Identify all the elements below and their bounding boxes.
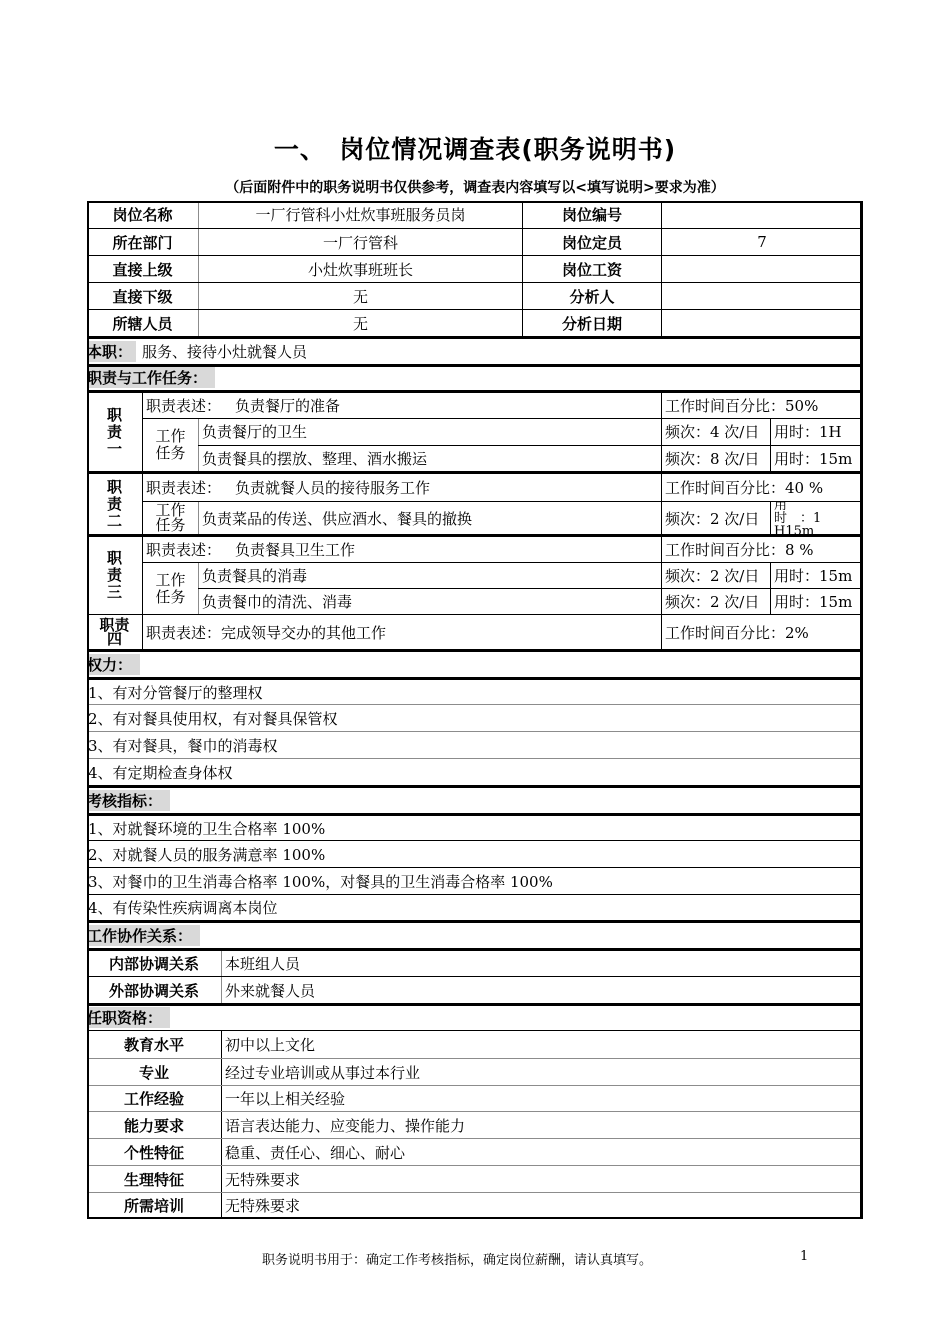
job-description-table: 岗位名称 一厂行管科小灶炊事班服务员岗 岗位编号 所在部门 一厂行管科 岗位定员… [87, 201, 862, 1218]
qualification-value: 无特殊要求 [221, 1166, 862, 1192]
duty-description-label: 职责表述： [146, 395, 221, 416]
task-frequency: 频次：2 次/日 [661, 502, 770, 534]
duty-description-text: 负责餐厅的准备 [235, 395, 340, 416]
duty-label: 职 责 三 [87, 537, 142, 614]
qualification-row: 生理特征 无特殊要求 [87, 1165, 862, 1192]
kpi-header: 考核指标： [87, 790, 170, 811]
duty-description: 职责表述： 负责就餐人员的接待服务工作 [142, 474, 661, 501]
footer-note: 职务说明书用于：确定工作考核指标，确定岗位薪酬，请认真填写。 [262, 1249, 652, 1268]
main-duty-row: 本职： 服务、接待小灶就餐人员 [87, 336, 862, 364]
authority-item-text: 4、有定期检查身体权 [87, 759, 862, 785]
kpi-item: 4、有传染性疾病调离本岗位 [87, 894, 862, 920]
qualification-value: 一年以上相关经验 [221, 1086, 862, 1111]
authority-item: 1、有对分管餐厅的整理权 [87, 677, 862, 704]
task-frequency: 频次：2 次/日 [661, 563, 770, 588]
duty-block-1: 职 责 一 职责表述： 负责餐厅的准备 工作时间百分比：50% 工作 任务 负责… [87, 390, 862, 471]
collaboration-label: 内部协调关系 [87, 951, 221, 976]
task-duration: 用时：15m [770, 589, 862, 614]
duty-description-text: 完成领导交办的其他工作 [221, 622, 386, 643]
duty-label: 职 责 二 [87, 474, 142, 534]
authority-item: 3、有对餐具，餐巾的消毒权 [87, 731, 862, 758]
qualification-value: 稳重、责任心、细心、耐心 [221, 1139, 862, 1165]
field-value: 一厂行管科 [198, 229, 522, 255]
duty-label: 职 责 一 [87, 393, 142, 471]
basic-info-row: 直接下级 无 分析人 [87, 282, 862, 309]
qualification-value: 无特殊要求 [221, 1193, 862, 1218]
basic-info-row: 直接上级 小灶炊事班班长 岗位工资 [87, 255, 862, 282]
qualification-row: 工作经验 一年以上相关经验 [87, 1085, 862, 1111]
task-text: 负责餐巾的清洗、消毒 [198, 589, 661, 614]
task-label: 工作 任务 [142, 502, 198, 534]
duties-header-row: 职责与工作任务： [87, 364, 862, 390]
authority-header-row: 权力： [87, 649, 862, 677]
field-value: 小灶炊事班班长 [198, 256, 522, 282]
collaboration-row: 内部协调关系 本班组人员 [87, 948, 862, 976]
field-value: 无 [198, 310, 522, 336]
task-duration: 用时：1H [770, 419, 862, 445]
duty-description: 职责表述： 完成领导交办的其他工作 [142, 615, 661, 649]
field-label: 分析日期 [522, 310, 661, 336]
duty-description-text: 负责就餐人员的接待服务工作 [235, 477, 430, 498]
task-frequency: 频次：8 次/日 [661, 446, 770, 472]
authority-item-text: 3、有对餐具，餐巾的消毒权 [87, 732, 862, 758]
collaboration-value: 外来就餐人员 [221, 977, 862, 1003]
field-value [661, 256, 862, 282]
duties-header-cell: 职责与工作任务： [87, 367, 862, 390]
qualification-label: 所需培训 [87, 1193, 221, 1218]
qualification-label: 能力要求 [87, 1112, 221, 1138]
kpi-item: 1、对就餐环境的卫生合格率 100% [87, 813, 862, 840]
time-percent: 工作时间百分比：40 % [661, 474, 862, 501]
field-label: 岗位编号 [522, 201, 661, 228]
kpi-item-text: 2、对就餐人员的服务满意率 100% [87, 841, 862, 867]
basic-info-row: 岗位名称 一厂行管科小灶炊事班服务员岗 岗位编号 [87, 201, 862, 228]
field-label: 所在部门 [87, 229, 198, 255]
qualifications-header: 任职资格： [87, 1007, 170, 1028]
collaboration-value: 本班组人员 [221, 951, 862, 976]
qualification-value: 经过专业培训或从事过本行业 [221, 1059, 862, 1085]
field-label: 岗位定员 [522, 229, 661, 255]
duties-header: 职责与工作任务： [87, 367, 215, 388]
task-duration: 用 时 ：1H15m [770, 502, 862, 534]
duty-block-4: 职责 四 职责表述： 完成领导交办的其他工作 工作时间百分比：2% [87, 614, 862, 649]
duty-description: 职责表述： 负责餐厅的准备 [142, 393, 661, 418]
page-number: 1 [800, 1249, 808, 1264]
duty-description: 职责表述： 负责餐具卫生工作 [142, 537, 661, 562]
field-label: 岗位名称 [87, 201, 198, 228]
collaboration-header-row: 工作协作关系： [87, 920, 862, 948]
qualification-row: 所需培训 无特殊要求 [87, 1192, 862, 1218]
field-value: 7 [661, 229, 862, 255]
qualification-label: 专业 [87, 1059, 221, 1085]
field-label: 岗位工资 [522, 256, 661, 282]
qualification-label: 生理特征 [87, 1166, 221, 1192]
qualifications-header-cell: 任职资格： [87, 1006, 862, 1030]
task-text: 负责菜品的传送、供应酒水、餐具的撤换 [198, 502, 661, 534]
qualification-value: 初中以上文化 [221, 1031, 862, 1058]
authority-item-text: 2、有对餐具使用权，有对餐具保管权 [87, 705, 862, 731]
kpi-item: 3、对餐巾的卫生消毒合格率 100%，对餐具的卫生消毒合格率 100% [87, 867, 862, 894]
field-value [661, 201, 862, 228]
duty-description-label: 职责表述： [146, 477, 221, 498]
task-frequency: 频次：4 次/日 [661, 419, 770, 445]
qualification-label: 工作经验 [87, 1086, 221, 1111]
qualification-row: 教育水平 初中以上文化 [87, 1030, 862, 1058]
duty-block-3: 职 责 三 职责表述： 负责餐具卫生工作 工作时间百分比：8 % 工作 任务 负… [87, 534, 862, 614]
collaboration-header: 工作协作关系： [87, 925, 200, 946]
duty-block-2: 职 责 二 职责表述： 负责就餐人员的接待服务工作 工作时间百分比：40 % 工… [87, 471, 862, 534]
task-duration: 用时：15m [770, 446, 862, 472]
main-duty-cell: 本职： 服务、接待小灶就餐人员 [87, 339, 862, 364]
kpi-item-text: 4、有传染性疾病调离本岗位 [87, 895, 862, 920]
authority-item-text: 1、有对分管餐厅的整理权 [87, 680, 862, 704]
time-percent: 工作时间百分比：8 % [661, 537, 862, 562]
kpi-item-text: 1、对就餐环境的卫生合格率 100% [87, 816, 862, 840]
collaboration-header-cell: 工作协作关系： [87, 923, 862, 948]
qualification-row: 专业 经过专业培训或从事过本行业 [87, 1058, 862, 1085]
qualifications-header-row: 任职资格： [87, 1003, 862, 1030]
collaboration-label: 外部协调关系 [87, 977, 221, 1003]
field-label: 直接上级 [87, 256, 198, 282]
task-text: 负责餐具的消毒 [198, 563, 661, 588]
qualification-value: 语言表达能力、应变能力、操作能力 [221, 1112, 862, 1138]
collaboration-row: 外部协调关系 外来就餐人员 [87, 976, 862, 1003]
authority-item: 2、有对餐具使用权，有对餐具保管权 [87, 704, 862, 731]
field-label: 分析人 [522, 283, 661, 309]
kpi-header-row: 考核指标： [87, 785, 862, 813]
qualification-label: 教育水平 [87, 1031, 221, 1058]
basic-info-row: 所辖人员 无 分析日期 [87, 309, 862, 336]
task-label: 工作 任务 [142, 419, 198, 471]
field-value: 一厂行管科小灶炊事班服务员岗 [198, 201, 522, 228]
task-text: 负责餐厅的卫生 [198, 419, 661, 445]
time-percent: 工作时间百分比：50% [661, 393, 862, 418]
kpi-header-cell: 考核指标： [87, 788, 862, 813]
field-value [661, 283, 862, 309]
duty-label: 职责 四 [87, 615, 142, 649]
authority-header-cell: 权力： [87, 652, 862, 677]
task-frequency: 频次：2 次/日 [661, 589, 770, 614]
authority-header: 权力： [87, 654, 140, 675]
qualification-row: 个性特征 稳重、责任心、细心、耐心 [87, 1138, 862, 1165]
duty-description-label: 职责表述： [146, 539, 221, 560]
document-title: 一、 岗位情况调查表(职务说明书) [0, 130, 950, 166]
time-percent: 工作时间百分比：2% [661, 615, 862, 649]
field-label: 直接下级 [87, 283, 198, 309]
field-value [661, 310, 862, 336]
main-duty-value: 服务、接待小灶就餐人员 [142, 341, 307, 362]
kpi-item: 2、对就餐人员的服务满意率 100% [87, 840, 862, 867]
field-label: 所辖人员 [87, 310, 198, 336]
task-duration: 用时：15m [770, 563, 862, 588]
basic-info-row: 所在部门 一厂行管科 岗位定员 7 [87, 228, 862, 255]
task-text: 负责餐具的摆放、整理、酒水搬运 [198, 446, 661, 472]
authority-item: 4、有定期检查身体权 [87, 758, 862, 785]
field-value: 无 [198, 283, 522, 309]
kpi-item-text: 3、对餐巾的卫生消毒合格率 100%，对餐具的卫生消毒合格率 100% [87, 868, 862, 894]
qualification-row: 能力要求 语言表达能力、应变能力、操作能力 [87, 1111, 862, 1138]
duty-description-text: 负责餐具卫生工作 [235, 539, 355, 560]
main-duty-label: 本职： [87, 341, 136, 362]
document-subtitle: （后面附件中的职务说明书仅供参考，调查表内容填写以<填写说明>要求为准） [0, 177, 950, 197]
task-label: 工作 任务 [142, 563, 198, 614]
qualification-label: 个性特征 [87, 1139, 221, 1165]
duty-description-label: 职责表述： [146, 622, 221, 643]
